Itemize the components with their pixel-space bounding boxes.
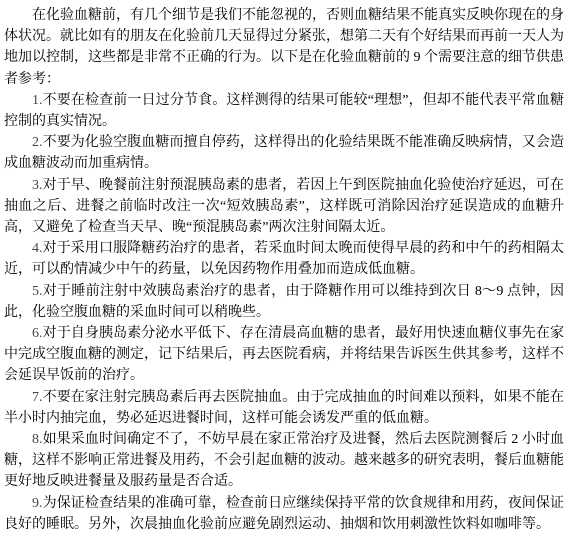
- item-number: 2.: [32, 135, 43, 150]
- document-page: 在化验血糖前，有几个细节是我们不能忽视的，否则血糖结果不能真实反映你现在的身体状…: [0, 0, 567, 535]
- item-number: 5.: [32, 284, 43, 299]
- item-number: 3.: [32, 178, 43, 193]
- intro-paragraph: 在化验血糖前，有几个细节是我们不能忽视的，否则血糖结果不能真实反映你现在的身体状…: [4, 5, 564, 90]
- item-number: 9.: [32, 496, 43, 511]
- tip-item-9: 9.为保证检查结果的准确可靠，检查前日应继续保持平常的饮食规律和用药，夜间保证良…: [4, 493, 564, 535]
- item-text: 对于自身胰岛素分泌水平低下、存在清晨高血糖的患者，最好用快速血糖仪事先在家中完成…: [4, 326, 564, 383]
- tip-item-8: 8.如果采血时间确定不了，不妨早晨在家正常治疗及进餐，然后去医院测餐后 2 小时…: [4, 429, 564, 493]
- tip-item-3: 3.对于早、晚餐前注射预混胰岛素的患者，若因上午到医院抽血化验使治疗延迟，可在抽…: [4, 175, 564, 239]
- tip-item-4: 4.对于采用口服降糖药治疗的患者，若采血时间太晚而使得早晨的药和中午的药相隔太近…: [4, 238, 564, 280]
- item-text: 如果采血时间确定不了，不妨早晨在家正常治疗及进餐，然后去医院测餐后 2 小时血糖…: [4, 432, 564, 489]
- item-text: 对于采用口服降糖药治疗的患者，若采血时间太晚而使得早晨的药和中午的药相隔太近，可…: [4, 241, 564, 277]
- tip-item-7: 7.不要在家注射完胰岛素后再去医院抽血。由于完成抽血的时间难以预料，如果不能在半…: [4, 387, 564, 429]
- tip-item-6: 6.对于自身胰岛素分泌水平低下、存在清晨高血糖的患者，最好用快速血糖仪事先在家中…: [4, 323, 564, 387]
- item-text: 对于睡前注射中效胰岛素治疗的患者，由于降糖作用可以维持到次日 8～9 点钟，因此…: [4, 284, 564, 320]
- tip-item-5: 5.对于睡前注射中效胰岛素治疗的患者，由于降糖作用可以维持到次日 8～9 点钟，…: [4, 281, 564, 323]
- item-text: 不要为化验空腹血糖而擅自停药，这样得出的化验结果既不能准确反映病情，又会造成血糖…: [4, 135, 564, 171]
- tip-item-2: 2.不要为化验空腹血糖而擅自停药，这样得出的化验结果既不能准确反映病情，又会造成…: [4, 132, 564, 174]
- item-text: 不要在检查前一日过分节食。这样测得的结果可能较“理想”，但却不能代表平常血糖控制…: [4, 93, 564, 129]
- item-number: 4.: [32, 241, 43, 256]
- item-text: 不要在家注射完胰岛素后再去医院抽血。由于完成抽血的时间难以预料，如果不能在半小时…: [4, 390, 564, 426]
- item-text: 对于早、晚餐前注射预混胰岛素的患者，若因上午到医院抽血化验使治疗延迟，可在抽血之…: [4, 178, 564, 235]
- item-text: 为保证检查结果的准确可靠，检查前日应继续保持平常的饮食规律和用药，夜间保证良好的…: [4, 496, 564, 532]
- intro-text: 在化验血糖前，有几个细节是我们不能忽视的，否则血糖结果不能真实反映你现在的身体状…: [4, 8, 564, 87]
- item-number: 7.: [32, 390, 43, 405]
- item-number: 6.: [32, 326, 43, 341]
- item-number: 8.: [32, 432, 43, 447]
- tip-item-1: 1.不要在检查前一日过分节食。这样测得的结果可能较“理想”，但却不能代表平常血糖…: [4, 90, 564, 132]
- item-number: 1.: [32, 93, 43, 108]
